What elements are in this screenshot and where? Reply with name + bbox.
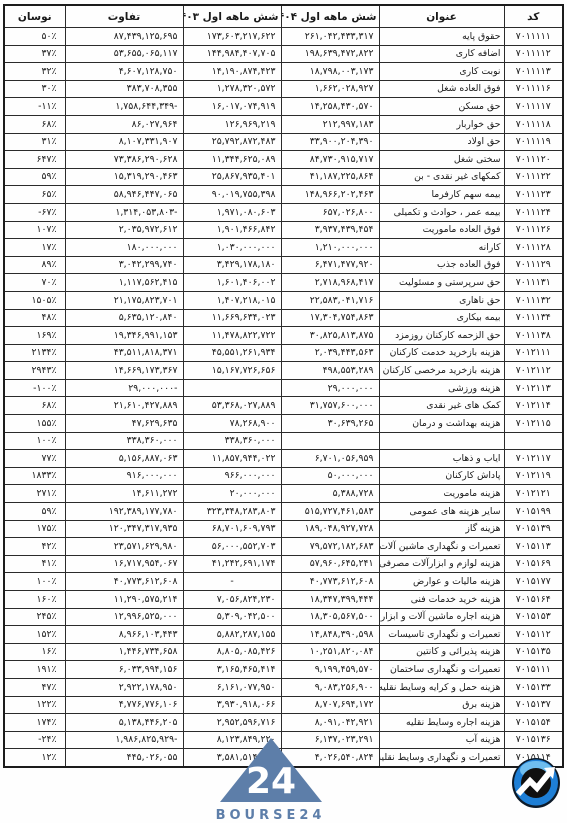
cell-1404: ۱,۶۶۲,۰۲۸,۹۲۷ <box>281 80 379 98</box>
cell-title: حق سرپرستی و مسئولیت <box>379 274 504 292</box>
cell-1404: ۳,۹۳۷,۴۳۹,۴۵۴ <box>281 221 379 239</box>
cell-title: هزینه اجاره ماشین آلات و ابزار <box>379 608 504 626</box>
table-row: ۷۰۱۱۱۱۷حق مسکن۱۴,۲۵۸,۴۳۰,۵۷۰۱۶,۰۱۷,۰۷۴,۹… <box>4 98 563 116</box>
cell-code: ۷۰۱۲۱۱۹ <box>504 467 563 485</box>
cell-1403: ۱۱,۳۴۴,۶۲۵,۰۸۹ <box>183 151 281 169</box>
cell-1403: ۵۶,۰۰۰,۵۵۲,۷۰۳ <box>183 538 281 556</box>
cell-1404: ۲۶۱,۰۴۲,۴۳۳,۳۱۷ <box>281 28 379 46</box>
cell-1403: ۸,۸۰۵,۰۸۵,۴۲۶ <box>183 643 281 661</box>
cell-diff: ۲,۹۲۲,۱۷۸,۹۵۰ <box>65 678 183 696</box>
cell-variance: ۱۷۴٪ <box>4 714 65 732</box>
cell-1404: ۳۰,۶۳۹,۲۶۵ <box>281 415 379 433</box>
cell-diff: ۴۷,۶۲۹,۶۳۵ <box>65 415 183 433</box>
cell-code: ۷۰۱۱۱۱۸ <box>504 115 563 133</box>
cell-1403: ۴۱,۲۴۲,۶۹۱,۱۷۴ <box>183 555 281 573</box>
cell-diff: ۳۳۸,۳۶۰,۰۰۰ <box>65 432 183 450</box>
table-body: ۷۰۱۱۱۱۱حقوق پایه۲۶۱,۰۴۲,۴۳۳,۳۱۷۱۷۳,۶۰۳,۲… <box>4 28 563 767</box>
cell-1404: ۱۴,۸۴۸,۳۹۰,۵۹۸ <box>281 626 379 644</box>
cell-1403: ۷۸,۲۶۸,۹۰۰ <box>183 415 281 433</box>
cell-1403: ۱۱,۸۵۷,۹۴۴,۰۲۲ <box>183 450 281 468</box>
cell-diff: ۳,۰۴۲,۲۹۹,۷۴۰ <box>65 256 183 274</box>
cell-code: ۷۰۱۲۱۱۴ <box>504 397 563 415</box>
cell-diff: ۱۴,۶۱۱,۲۷۲ <box>65 485 183 503</box>
cell-1403: ۲۵,۷۹۲,۸۷۲,۴۸۳ <box>183 133 281 151</box>
cell-diff: ۸۷,۴۳۹,۱۲۵,۶۹۵ <box>65 28 183 46</box>
cell-diff: ۱۶,۷۱۷,۹۵۴,۰۶۷ <box>65 555 183 573</box>
bourse24-triangle-icon: 24 <box>219 737 323 803</box>
cell-title: هزینه بازخرید مرخصی کارکنان <box>379 362 504 380</box>
table-row: ۷۰۱۱۱۳۸حق الزحمه کارکنان روزمزد۳۰,۸۲۵,۸۱… <box>4 327 563 345</box>
cell-code: ۷۰۱۱۱۱۶ <box>504 80 563 98</box>
cell-variance: ۱۸۳۳٪ <box>4 467 65 485</box>
cell-variance: -۱۰۰٪ <box>4 379 65 397</box>
header-row: کد عنوان شش ماهه اول ۱۴۰۴ شش ماهه اول ۱۴… <box>4 5 563 28</box>
cell-title: بیمه عمر ، حوادث و تکمیلی <box>379 203 504 221</box>
cell-title: پاداش کارکنان <box>379 467 504 485</box>
cell-code: ۷۰۱۱۱۲۴ <box>504 203 563 221</box>
table-row: ۷۰۱۲۱۱۷ایاب و ذهاب۶,۷۰۱,۰۵۶,۹۵۹۱۱,۸۵۷,۹۴… <box>4 450 563 468</box>
table-row: ۷۰۱۵۱۳۹هزینه گاز۱۸۹,۰۴۸,۹۲۷,۷۲۸۶۸,۷۰۱,۶۰… <box>4 520 563 538</box>
table-row: ۷۰۱۵۱۱۳تعمیرات و نگهداری ماشین آلات۷۹,۵۷… <box>4 538 563 556</box>
cell-code: ۷۰۱۵۱۷۷ <box>504 573 563 591</box>
cell-1403: ۳۳۸,۳۶۰,۰۰۰ <box>183 432 281 450</box>
cell-variance: ۶۸٪ <box>4 115 65 133</box>
cell-variance: -۱۱٪ <box>4 98 65 116</box>
cell-code: ۷۰۱۱۱۱۹ <box>504 133 563 151</box>
cell-code: ۷۰۱۵۱۱۱ <box>504 661 563 679</box>
cell-title: کارانه <box>379 239 504 257</box>
cell-diff: ۲۹,۰۰۰,۰۰۰- <box>65 379 183 397</box>
cell-code: ۷۰۱۱۱۲۸ <box>504 239 563 257</box>
cell-title: هزینه گاز <box>379 520 504 538</box>
cell-title: حق مسکن <box>379 98 504 116</box>
table-row: ۷۰۱۲۱۱۲هزینه بازخرید مرخصی کارکنان۴۹۸,۵۵… <box>4 362 563 380</box>
cell-title: تعمیرات و نگهداری ماشین آلات <box>379 538 504 556</box>
cell-1403: ۱۶,۰۱۷,۰۷۴,۹۱۹ <box>183 98 281 116</box>
table-row: ۷۰۱۱۱۳۲حق ناهاری۲۲,۵۸۳,۰۴۱,۷۱۶۱,۴۰۷,۲۱۸,… <box>4 291 563 309</box>
cell-1404: ۵۱۵,۷۲۷,۴۶۱,۵۸۳ <box>281 503 379 521</box>
cell-1404: ۸۴,۷۳۰,۹۱۵,۷۱۷ <box>281 151 379 169</box>
cell-title: نوبت کاری <box>379 63 504 81</box>
cell-variance: ۲۹۴۳٪ <box>4 362 65 380</box>
cell-1403: - <box>183 573 281 591</box>
cell-title: هزینه بهداشت و درمان <box>379 415 504 433</box>
cell-code: ۷۰۱۲۱۱۵ <box>504 415 563 433</box>
cell-1404: ۱۹۸,۶۳۹,۴۷۲,۸۲۲ <box>281 45 379 63</box>
bourse24-logo: 24 BOURSE24 <box>213 737 328 823</box>
cell-code: ۷۰۱۲۱۲۱ <box>504 485 563 503</box>
cell-1404: ۴۰,۷۷۳,۶۱۲,۶۰۸ <box>281 573 379 591</box>
cell-diff: ۵۳,۶۵۵,۰۶۵,۱۱۷ <box>65 45 183 63</box>
cell-1404: ۲,۰۳۹,۴۴۳,۵۶۳ <box>281 344 379 362</box>
cell-diff: ۴۳,۵۱۱,۸۱۸,۳۷۱ <box>65 344 183 362</box>
cell-code: ۷۰۱۱۱۳۸ <box>504 327 563 345</box>
table-row: ۷۰۱۱۱۲۹فوق العاده جذب۶,۴۷۱,۴۷۷,۹۲۰۳,۴۲۹,… <box>4 256 563 274</box>
cell-title: ایاب و ذهاب <box>379 450 504 468</box>
column-header-1403: شش ماهه اول ۱۴۰۳ <box>183 5 281 28</box>
cell-1404: ۱,۲۱۰,۰۰۰,۰۰۰ <box>281 239 379 257</box>
cell-variance: ۱۲۲٪ <box>4 696 65 714</box>
cell-1403: ۱,۶۰۱,۴۰۶,۰۰۲ <box>183 274 281 292</box>
cell-1404: ۳۰,۸۲۵,۸۱۳,۸۷۵ <box>281 327 379 345</box>
cell-title: حق الزحمه کارکنان روزمزد <box>379 327 504 345</box>
cell-code: ۷۰۱۱۱۳۱ <box>504 274 563 292</box>
cell-variance: ۵۰٪ <box>4 28 65 46</box>
cell-diff: ۲۱,۱۷۵,۸۲۳,۷۰۱ <box>65 291 183 309</box>
cell-variance: ۴۱٪ <box>4 555 65 573</box>
table-row: ۷۰۱۱۱۱۲اضافه کاری۱۹۸,۶۳۹,۴۷۲,۸۲۲۱۴۴,۹۸۴,… <box>4 45 563 63</box>
cell-1403: ۶۸,۷۰۱,۶۰۹,۷۹۳ <box>183 520 281 538</box>
cell-diff: ۵,۱۳۸,۴۴۶,۲۰۵ <box>65 714 183 732</box>
cell-diff: ۱۵,۳۱۹,۲۹۰,۴۶۳ <box>65 168 183 186</box>
column-header-variance: نوسان <box>4 5 65 28</box>
cell-1404: ۱۷,۳۰۴,۷۵۴,۸۶۳ <box>281 309 379 327</box>
cell-diff: ۵,۶۳۵,۱۲۰,۸۴۰ <box>65 309 183 327</box>
cell-1404: ۸,۰۹۱,۰۴۲,۹۲۱ <box>281 714 379 732</box>
cell-title: حق اولاد <box>379 133 504 151</box>
table-row: ۷۰۱۲۱۱۹پاداش کارکنان۵۰,۰۰۰,۰۰۰۹۶۶,۰۰۰,۰۰… <box>4 467 563 485</box>
cell-title: هزینه برق <box>379 696 504 714</box>
cell-1403: ۱۷۳,۶۰۳,۲۱۷,۶۲۲ <box>183 28 281 46</box>
cell-code: ۷۰۱۵۱۳۹ <box>504 520 563 538</box>
cell-1404: ۱۸,۷۹۸,۰۰۳,۱۷۳ <box>281 63 379 81</box>
cell-title: هزینه خرید خدمات فنی <box>379 591 504 609</box>
cell-code: ۷۰۱۵۱۳۳ <box>504 678 563 696</box>
cell-1403: ۱,۲۷۸,۳۲۰,۵۷۲ <box>183 80 281 98</box>
cell-variance: ۳۷٪ <box>4 45 65 63</box>
table-row: ۷۰۱۵۱۷۷هزینه مالیات و عوارض۴۰,۷۷۳,۶۱۲,۶۰… <box>4 573 563 591</box>
column-header-title: عنوان <box>379 5 504 28</box>
cell-title: هزینه بازخرید خدمت کارکنان <box>379 344 504 362</box>
cell-title: هزینه لوازم و ابزارآلات مصرفی <box>379 555 504 573</box>
cell-variance: ۱۰۷٪ <box>4 221 65 239</box>
cell-1403 <box>183 379 281 397</box>
cell-1404: ۱۴۸,۹۶۶,۲۰۲,۴۶۳ <box>281 186 379 204</box>
cell-title: فوق العاده ماموریت <box>379 221 504 239</box>
cell-1403: ۷,۰۵۶,۸۲۴,۲۳۰ <box>183 591 281 609</box>
cell-1403: ۲۰,۰۰۰,۰۰۰ <box>183 485 281 503</box>
cell-variance: ۱۰۰٪ <box>4 432 65 450</box>
cell-variance: ۲۴۵٪ <box>4 608 65 626</box>
cell-code: ۷۰۱۵۱۹۹ <box>504 503 563 521</box>
table-row: ۷۰۱۱۱۱۳نوبت کاری۱۸,۷۹۸,۰۰۳,۱۷۳۱۴,۱۹۰,۸۷۴… <box>4 63 563 81</box>
table-row: ۷۰۱۲۱۱۱هزینه بازخرید خدمت کارکنان۲,۰۳۹,۴… <box>4 344 563 362</box>
cell-code: ۷۰۱۵۱۱۳ <box>504 538 563 556</box>
cell-1403: ۱۱,۴۷۸,۸۲۲,۷۲۲ <box>183 327 281 345</box>
cell-title: فوق العاده جذب <box>379 256 504 274</box>
logo-number: 24 <box>245 761 295 802</box>
cell-title: هزینه ماموریت <box>379 485 504 503</box>
cell-1404: ۶,۴۷۱,۴۷۷,۹۲۰ <box>281 256 379 274</box>
cell-1403: ۹۶۶,۰۰۰,۰۰۰ <box>183 467 281 485</box>
cell-diff: ۱,۴۴۶,۷۳۴,۶۵۸ <box>65 643 183 661</box>
cell-code: ۷۰۱۲۱۱۲ <box>504 362 563 380</box>
cell-title: بیمه سهم کارفرما <box>379 186 504 204</box>
cell-code: ۷۰۱۱۱۱۳ <box>504 63 563 81</box>
cell-diff: ۳۸۳,۷۰۸,۳۵۵ <box>65 80 183 98</box>
column-header-code: کد <box>504 5 563 28</box>
cell-code <box>504 432 563 450</box>
cell-title: کمک های غیر نقدی <box>379 397 504 415</box>
cell-variance: ۴۷٪ <box>4 678 65 696</box>
cell-1404: ۹,۱۹۹,۴۵۹,۵۷۰ <box>281 661 379 679</box>
cell-diff: ۱۹,۳۴۶,۹۹۱,۱۵۳ <box>65 327 183 345</box>
cell-title: هزینه مالیات و عوارض <box>379 573 504 591</box>
cell-code: ۷۰۱۱۱۲۶ <box>504 221 563 239</box>
cell-title: سایر هزینه های عمومی <box>379 503 504 521</box>
cell-code: ۷۰۱۵۱۳۵ <box>504 643 563 661</box>
table-row: ۷۰۱۵۱۹۹سایر هزینه های عمومی۵۱۵,۷۲۷,۴۶۱,۵… <box>4 503 563 521</box>
cell-1404: ۲۱۲,۹۹۷,۱۸۳ <box>281 115 379 133</box>
cell-1404: ۵,۳۸۸,۷۲۸ <box>281 485 379 503</box>
column-header-diff: تفاوت <box>65 5 183 28</box>
cell-code: ۷۰۱۵۱۱۲ <box>504 626 563 644</box>
table-row: ۷۰۱۱۱۲۴بیمه عمر ، حوادث و تکمیلی۶۵۷,۰۲۶,… <box>4 203 563 221</box>
cell-code: ۷۰۱۱۱۲۳ <box>504 186 563 204</box>
cell-1403: ۳,۱۶۵,۴۶۵,۴۱۴ <box>183 661 281 679</box>
cell-1403: ۱۴,۱۹۰,۸۷۴,۴۲۳ <box>183 63 281 81</box>
cell-variance: ۷۰٪ <box>4 274 65 292</box>
table-header: کد عنوان شش ماهه اول ۱۴۰۴ شش ماهه اول ۱۴… <box>4 5 563 28</box>
cell-1403: ۱۲۶,۹۶۹,۲۱۹ <box>183 115 281 133</box>
cell-1404: ۸,۷۰۷,۶۹۴,۱۷۲ <box>281 696 379 714</box>
cell-diff: ۱,۷۵۸,۶۴۴,۳۴۹- <box>65 98 183 116</box>
cell-1403: ۱,۹۷۱,۰۸۰,۶۰۳ <box>183 203 281 221</box>
cell-variance: ۶۸٪ <box>4 397 65 415</box>
table-row: ۷۰۱۱۱۲۲کمکهای غیر نقدی - بن۴۱,۱۸۷,۲۲۵,۸۶… <box>4 168 563 186</box>
cell-title: تعمیرات و نگهداری ساختمان <box>379 661 504 679</box>
cell-1404: ۴۱,۱۸۷,۲۲۵,۸۶۴ <box>281 168 379 186</box>
table-row: ۷۰۱۱۱۱۹حق اولاد۳۳,۹۰۰,۲۰۴,۳۹۰۲۵,۷۹۲,۸۷۲,… <box>4 133 563 151</box>
cell-diff: ۷۳,۳۸۶,۲۹۰,۶۲۸ <box>65 151 183 169</box>
cell-code: ۷۰۱۱۱۳۴ <box>504 309 563 327</box>
table-row: ۷۰۱۱۱۱۱حقوق پایه۲۶۱,۰۴۲,۴۳۳,۳۱۷۱۷۳,۶۰۳,۲… <box>4 28 563 46</box>
cell-diff: ۴۰,۷۷۳,۶۱۲,۶۰۸ <box>65 573 183 591</box>
cell-diff: ۱۹۲,۳۸۹,۱۷۷,۷۸۰ <box>65 503 183 521</box>
cell-1404: ۶۵۷,۰۲۶,۸۰۰ <box>281 203 379 221</box>
table-row: ۷۰۱۵۱۱۱تعمیرات و نگهداری ساختمان۹,۱۹۹,۴۵… <box>4 661 563 679</box>
cell-variance: ۱۶۰٪ <box>4 591 65 609</box>
cell-1403: ۵,۳۰۹,۰۴۲,۵۰۰ <box>183 608 281 626</box>
cell-title: کمکهای غیر نقدی - بن <box>379 168 504 186</box>
cell-1403: ۳,۹۳۰,۹۱۸,۰۶۶ <box>183 696 281 714</box>
column-header-1404: شش ماهه اول ۱۴۰۴ <box>281 5 379 28</box>
cell-variance: ۱۶٪ <box>4 643 65 661</box>
table-row: ۷۰۱۵۱۶۹هزینه لوازم و ابزارآلات مصرفی۵۷,۹… <box>4 555 563 573</box>
cell-1403: ۱,۹۰۱,۴۶۶,۸۴۲ <box>183 221 281 239</box>
table-row: ۷۰۱۱۱۲۸کارانه۱,۲۱۰,۰۰۰,۰۰۰۱,۰۳۰,۰۰۰,۰۰۰۱… <box>4 239 563 257</box>
cell-code: ۷۰۱۵۱۳۷ <box>504 696 563 714</box>
cell-title: هزینه پذیرائی و کانتین <box>379 643 504 661</box>
cell-variance: ۲۷۱٪ <box>4 485 65 503</box>
cell-1403: ۱۱,۶۶۹,۶۳۴,۰۲۳ <box>183 309 281 327</box>
cell-1403: ۱,۴۰۷,۲۱۸,۰۱۵ <box>183 291 281 309</box>
cell-code: ۷۰۱۱۱۳۲ <box>504 291 563 309</box>
cell-code: ۷۰۱۲۱۱۱ <box>504 344 563 362</box>
cell-diff: ۹۱۶,۰۰۰,۰۰۰ <box>65 467 183 485</box>
table-row: ۷۰۱۱۱۱۶فوق العاده شغل۱,۶۶۲,۰۲۸,۹۲۷۱,۲۷۸,… <box>4 80 563 98</box>
cell-title: تعمیرات و نگهداری تاسیسات <box>379 626 504 644</box>
cell-title: حق ناهاری <box>379 291 504 309</box>
cell-diff: ۸,۱۰۷,۳۳۱,۹۰۷ <box>65 133 183 151</box>
cell-variance: ۵۹٪ <box>4 503 65 521</box>
cell-code: ۷۰۱۲۱۱۷ <box>504 450 563 468</box>
cell-1403: ۲,۹۵۲,۵۹۶,۷۱۶ <box>183 714 281 732</box>
cell-diff: ۱۴,۶۶۹,۱۷۳,۳۶۷ <box>65 362 183 380</box>
cell-code: ۷۰۱۵۱۵۴ <box>504 714 563 732</box>
bourse24-chart-icon <box>511 757 561 809</box>
cell-variance: ۱۵۲٪ <box>4 626 65 644</box>
table-row: ۷۰۱۵۱۳۳هزینه حمل و کرایه وسایط نقلیه۹,۰۸… <box>4 678 563 696</box>
cell-1404: ۱۸۹,۰۴۸,۹۲۷,۷۲۸ <box>281 520 379 538</box>
cell-variance: ۲۱۳۴٪ <box>4 344 65 362</box>
footer: 24 BOURSE24 <box>0 731 567 823</box>
cell-code: ۷۰۱۱۱۱۱ <box>504 28 563 46</box>
cell-diff: ۶,۰۳۳,۹۹۴,۱۵۶ <box>65 661 183 679</box>
cell-1404: ۹,۰۸۳,۲۵۶,۹۰۰ <box>281 678 379 696</box>
scanned-report-page: کد عنوان شش ماهه اول ۱۴۰۴ شش ماهه اول ۱۴… <box>0 0 567 823</box>
cell-code: ۷۰۱۱۱۲۲ <box>504 168 563 186</box>
cell-1404: ۶,۷۰۱,۰۵۶,۹۵۹ <box>281 450 379 468</box>
cell-diff: ۲,۰۳۵,۹۷۲,۶۱۲ <box>65 221 183 239</box>
cell-1403: ۱۴۴,۹۸۴,۴۰۷,۷۰۵ <box>183 45 281 63</box>
cell-variance: ۱۵۵٪ <box>4 415 65 433</box>
bourse24-wordmark: BOURSE24 <box>213 808 328 823</box>
cell-variance: ۳۲٪ <box>4 63 65 81</box>
cell-code: ۷۰۱۵۱۶۹ <box>504 555 563 573</box>
cell-1403: ۵۳,۳۶۸,۰۲۷,۸۸۹ <box>183 397 281 415</box>
cell-variance: ۱۷٪ <box>4 239 65 257</box>
table-row: ۷۰۱۵۱۳۷هزینه برق۸,۷۰۷,۶۹۴,۱۷۲۳,۹۳۰,۹۱۸,۰… <box>4 696 563 714</box>
cell-title: هزینه اجاره وسایط نقلیه <box>379 714 504 732</box>
cell-title: فوق العاده شغل <box>379 80 504 98</box>
table-row: ۷۰۱۲۱۱۳هزینه ورزشی۲۹,۰۰۰,۰۰۰۲۹,۰۰۰,۰۰۰--… <box>4 379 563 397</box>
cell-diff: ۴,۷۷۶,۷۷۶,۱۰۶ <box>65 696 183 714</box>
cell-variance: ۱۶۹٪ <box>4 327 65 345</box>
cell-1404: ۲۲,۵۸۳,۰۴۱,۷۱۶ <box>281 291 379 309</box>
cell-diff: ۱۲,۹۹۶,۵۲۵,۰۰۰ <box>65 608 183 626</box>
cell-variance: -۶۷٪ <box>4 203 65 221</box>
cell-variance: ۷۷٪ <box>4 450 65 468</box>
cell-code: ۷۰۱۱۱۲۹ <box>504 256 563 274</box>
cell-1404 <box>281 432 379 450</box>
cell-diff: ۱۱,۲۹۰,۵۷۵,۲۱۴ <box>65 591 183 609</box>
cell-title: حقوق پایه <box>379 28 504 46</box>
cell-1403: ۳۲۳,۳۴۸,۲۸۳,۸۰۳ <box>183 503 281 521</box>
cell-variance: ۶۴۷٪ <box>4 151 65 169</box>
table-row: ۷۰۱۲۱۱۴کمک های غیر نقدی۳۱,۷۵۷,۶۰۰,۰۰۰۵۳,… <box>4 397 563 415</box>
cell-variance: ۱۹۱٪ <box>4 661 65 679</box>
cell-1404: ۵۷,۹۶۰,۶۴۵,۲۴۱ <box>281 555 379 573</box>
cell-code: ۷۰۱۱۱۱۲ <box>504 45 563 63</box>
cell-1404: ۱۰,۲۵۱,۸۲۰,۰۸۴ <box>281 643 379 661</box>
cell-1403: ۴۵,۵۵۱,۲۶۱,۹۳۴ <box>183 344 281 362</box>
cell-title: بیمه بیکاری <box>379 309 504 327</box>
table-row: ۷۰۱۵۱۵۳هزینه اجاره ماشین آلات و ابزار۱۸,… <box>4 608 563 626</box>
cell-1404: ۱۸,۳۴۷,۳۹۹,۴۴۴ <box>281 591 379 609</box>
cell-1403: ۵,۸۸۲,۲۸۷,۱۵۵ <box>183 626 281 644</box>
cell-variance: ۴۸٪ <box>4 309 65 327</box>
cell-variance: ۸۹٪ <box>4 256 65 274</box>
cell-diff: ۵,۱۵۶,۸۸۷,۰۶۳ <box>65 450 183 468</box>
cell-1403: ۳,۴۲۹,۱۷۸,۱۸۰ <box>183 256 281 274</box>
table-row: ۷۰۱۱۱۳۱حق سرپرستی و مسئولیت۲,۷۱۸,۹۶۸,۴۱۷… <box>4 274 563 292</box>
cell-code: ۷۰۱۵۱۵۳ <box>504 608 563 626</box>
cell-1403: ۱۵,۱۶۷,۷۲۶,۶۵۶ <box>183 362 281 380</box>
cell-code: ۷۰۱۵۱۶۴ <box>504 591 563 609</box>
table-row: ۷۰۱۲۱۲۱هزینه ماموریت۵,۳۸۸,۷۲۸۲۰,۰۰۰,۰۰۰۱… <box>4 485 563 503</box>
cell-diff: ۸۶,۰۲۷,۹۶۴ <box>65 115 183 133</box>
cell-1404: ۴۹۸,۵۵۳,۲۸۹ <box>281 362 379 380</box>
cell-1404: ۲,۷۱۸,۹۶۸,۴۱۷ <box>281 274 379 292</box>
cell-diff: ۲۳,۵۷۱,۶۲۹,۹۸۰ <box>65 538 183 556</box>
cell-diff: ۵۸,۹۴۶,۴۴۷,۰۶۵ <box>65 186 183 204</box>
cell-1404: ۵۰,۰۰۰,۰۰۰ <box>281 467 379 485</box>
cell-variance: ۱۰۰٪ <box>4 573 65 591</box>
table-row: ۷۰۱۱۱۲۳بیمه سهم کارفرما۱۴۸,۹۶۶,۲۰۲,۴۶۳۹۰… <box>4 186 563 204</box>
report-table: کد عنوان شش ماهه اول ۱۴۰۴ شش ماهه اول ۱۴… <box>3 4 564 768</box>
cell-title: سختی شغل <box>379 151 504 169</box>
cell-1403: ۲۵,۸۶۷,۹۳۵,۴۰۱ <box>183 168 281 186</box>
cell-diff: ۴,۶۰۷,۱۲۸,۷۵۰ <box>65 63 183 81</box>
table-row: ۷۰۱۱۱۲۰سختی شغل۸۴,۷۳۰,۹۱۵,۷۱۷۱۱,۳۴۴,۶۲۵,… <box>4 151 563 169</box>
cell-diff: ۱۲۰,۳۴۷,۳۱۷,۹۳۵ <box>65 520 183 538</box>
cell-1404: ۳۱,۷۵۷,۶۰۰,۰۰۰ <box>281 397 379 415</box>
table-row: ۷۰۱۵۱۱۲تعمیرات و نگهداری تاسیسات۱۴,۸۴۸,۳… <box>4 626 563 644</box>
cell-code: ۷۰۱۱۱۲۰ <box>504 151 563 169</box>
cell-variance: ۱۵۰۵٪ <box>4 291 65 309</box>
table-row: ۳۳۸,۳۶۰,۰۰۰۳۳۸,۳۶۰,۰۰۰۱۰۰٪ <box>4 432 563 450</box>
cell-variance: ۴۲٪ <box>4 538 65 556</box>
cell-variance: ۶۵٪ <box>4 186 65 204</box>
table-row: ۷۰۱۲۱۱۵هزینه بهداشت و درمان۳۰,۶۳۹,۲۶۵۷۸,… <box>4 415 563 433</box>
cell-title: اضافه کاری <box>379 45 504 63</box>
cell-code: ۷۰۱۱۱۱۷ <box>504 98 563 116</box>
cell-diff: ۱,۳۱۴,۰۵۳,۸۰۳- <box>65 203 183 221</box>
cell-title <box>379 432 504 450</box>
table-row: ۷۰۱۵۱۶۴هزینه خرید خدمات فنی۱۸,۳۴۷,۳۹۹,۴۴… <box>4 591 563 609</box>
cell-code: ۷۰۱۲۱۱۳ <box>504 379 563 397</box>
table-row: ۷۰۱۱۱۱۸حق خواربار۲۱۲,۹۹۷,۱۸۳۱۲۶,۹۶۹,۲۱۹۸… <box>4 115 563 133</box>
cell-1404: ۳۳,۹۰۰,۲۰۴,۳۹۰ <box>281 133 379 151</box>
cell-variance: ۳۱٪ <box>4 133 65 151</box>
cell-diff: ۱۸۰,۰۰۰,۰۰۰ <box>65 239 183 257</box>
cell-title: هزینه ورزشی <box>379 379 504 397</box>
table-row: ۷۰۱۱۱۲۶فوق العاده ماموریت۳,۹۳۷,۴۳۹,۴۵۴۱,… <box>4 221 563 239</box>
cell-title: حق خواربار <box>379 115 504 133</box>
cell-diff: ۲۱,۶۱۰,۴۲۷,۸۸۹ <box>65 397 183 415</box>
cell-1404: ۲۹,۰۰۰,۰۰۰ <box>281 379 379 397</box>
table-row: ۷۰۱۵۱۵۴هزینه اجاره وسایط نقلیه۸,۰۹۱,۰۴۲,… <box>4 714 563 732</box>
cell-variance: ۳۰٪ <box>4 80 65 98</box>
table-row: ۷۰۱۵۱۳۵هزینه پذیرائی و کانتین۱۰,۲۵۱,۸۲۰,… <box>4 643 563 661</box>
cell-1403: ۹۰,۰۱۹,۷۵۵,۳۹۸ <box>183 186 281 204</box>
cell-variance: ۱۷۵٪ <box>4 520 65 538</box>
cell-diff: ۸,۹۶۶,۱۰۳,۴۴۳ <box>65 626 183 644</box>
table-row: ۷۰۱۱۱۳۴بیمه بیکاری۱۷,۳۰۴,۷۵۴,۸۶۳۱۱,۶۶۹,۶… <box>4 309 563 327</box>
cell-title: هزینه حمل و کرایه وسایط نقلیه <box>379 678 504 696</box>
cell-1404: ۷۹,۵۷۲,۱۸۲,۶۸۳ <box>281 538 379 556</box>
cell-variance: ۵۹٪ <box>4 168 65 186</box>
cell-1404: ۱۸,۳۰۵,۵۶۷,۵۰۰ <box>281 608 379 626</box>
cell-diff: ۱,۱۱۷,۵۶۲,۴۱۵ <box>65 274 183 292</box>
cell-1403: ۶,۱۶۱,۰۷۷,۹۵۰ <box>183 678 281 696</box>
cell-1404: ۱۴,۲۵۸,۴۳۰,۵۷۰ <box>281 98 379 116</box>
cell-1403: ۱,۰۳۰,۰۰۰,۰۰۰ <box>183 239 281 257</box>
